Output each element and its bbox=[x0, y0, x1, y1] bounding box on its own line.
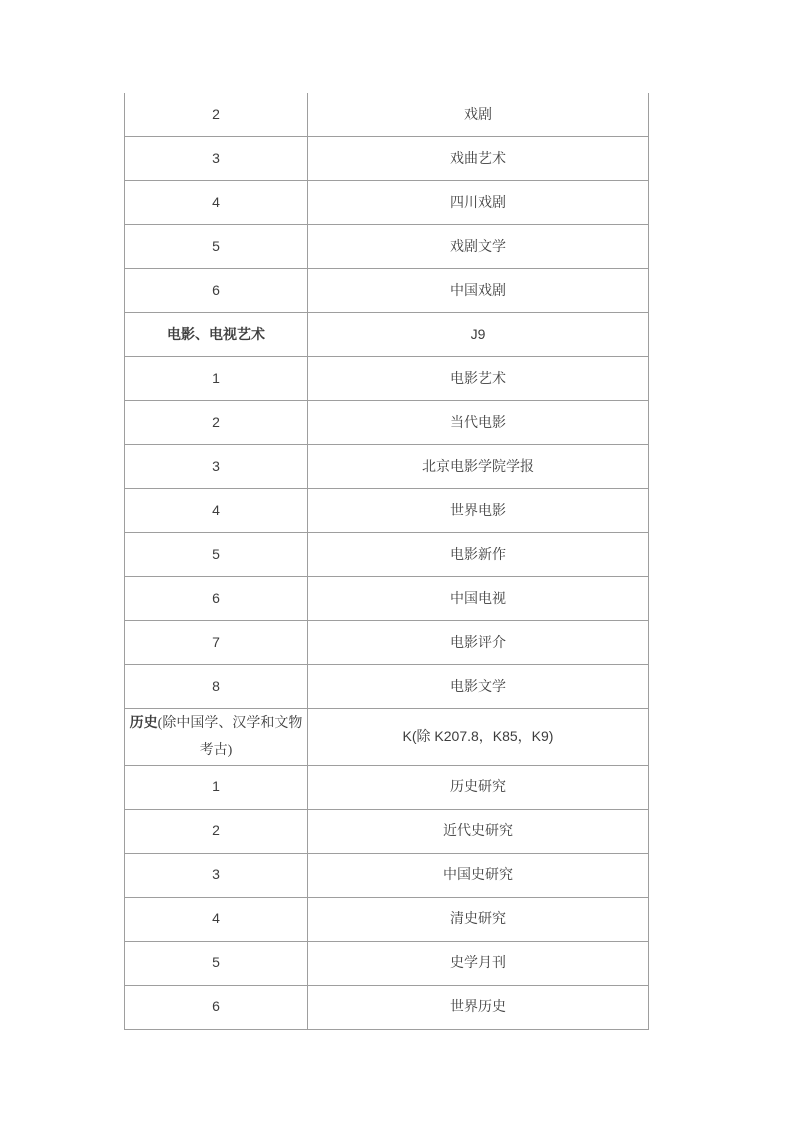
category-name-cell: 电影、电视艺术 bbox=[125, 313, 308, 357]
journal-category-table: 2戏剧3戏曲艺术4四川戏剧5戏剧文学6中国戏剧电影、电视艺术J91电影艺术2当代… bbox=[124, 93, 649, 1030]
entry-number-cell: 6 bbox=[125, 269, 308, 313]
journal-name-cell: 清史研究 bbox=[308, 897, 649, 941]
entry-number-cell: 2 bbox=[125, 809, 308, 853]
entry-number-cell: 3 bbox=[125, 137, 308, 181]
entry-number-cell: 1 bbox=[125, 765, 308, 809]
entry-number-cell: 4 bbox=[125, 897, 308, 941]
journal-name-cell: 电影文学 bbox=[308, 665, 649, 709]
entry-number-cell: 5 bbox=[125, 533, 308, 577]
journal-name-cell: 近代史研究 bbox=[308, 809, 649, 853]
entry-number-cell: 4 bbox=[125, 181, 308, 225]
table-row: 5史学月刊 bbox=[125, 941, 649, 985]
table-row: 6中国电视 bbox=[125, 577, 649, 621]
entry-number-cell: 6 bbox=[125, 577, 308, 621]
journal-name-cell: 电影艺术 bbox=[308, 357, 649, 401]
journal-name-cell: 四川戏剧 bbox=[308, 181, 649, 225]
table-row: 1电影艺术 bbox=[125, 357, 649, 401]
journal-name-cell: 北京电影学院学报 bbox=[308, 445, 649, 489]
entry-number-cell: 8 bbox=[125, 665, 308, 709]
table-row: 4清史研究 bbox=[125, 897, 649, 941]
category-row: 电影、电视艺术J9 bbox=[125, 313, 649, 357]
table-row: 4四川戏剧 bbox=[125, 181, 649, 225]
table-row: 2近代史研究 bbox=[125, 809, 649, 853]
journal-name-cell: 中国史研究 bbox=[308, 853, 649, 897]
document-page: 2戏剧3戏曲艺术4四川戏剧5戏剧文学6中国戏剧电影、电视艺术J91电影艺术2当代… bbox=[0, 0, 793, 1122]
table-row: 5电影新作 bbox=[125, 533, 649, 577]
category-name: 历史 bbox=[130, 714, 158, 730]
journal-name-cell: 世界历史 bbox=[308, 985, 649, 1029]
category-code-cell: K(除 K207.8，K85，K9) bbox=[308, 709, 649, 766]
journal-name-cell: 当代电影 bbox=[308, 401, 649, 445]
category-code-cell: J9 bbox=[308, 313, 649, 357]
entry-number-cell: 4 bbox=[125, 489, 308, 533]
entry-number-cell: 7 bbox=[125, 621, 308, 665]
category-name: 电影、电视艺术 bbox=[167, 326, 265, 342]
table-row: 3戏曲艺术 bbox=[125, 137, 649, 181]
table-row: 8电影文学 bbox=[125, 665, 649, 709]
entry-number-cell: 6 bbox=[125, 985, 308, 1029]
category-row: 历史(除中国学、汉学和文物考古)K(除 K207.8，K85，K9) bbox=[125, 709, 649, 766]
table-body: 2戏剧3戏曲艺术4四川戏剧5戏剧文学6中国戏剧电影、电视艺术J91电影艺术2当代… bbox=[125, 93, 649, 1029]
entry-number-cell: 3 bbox=[125, 853, 308, 897]
entry-number-cell: 2 bbox=[125, 401, 308, 445]
entry-number-cell: 5 bbox=[125, 941, 308, 985]
journal-name-cell: 戏曲艺术 bbox=[308, 137, 649, 181]
table-row: 3北京电影学院学报 bbox=[125, 445, 649, 489]
entry-number-cell: 5 bbox=[125, 225, 308, 269]
table-row: 1历史研究 bbox=[125, 765, 649, 809]
category-name-cell: 历史(除中国学、汉学和文物考古) bbox=[125, 709, 308, 766]
table-row: 6世界历史 bbox=[125, 985, 649, 1029]
table-row: 2当代电影 bbox=[125, 401, 649, 445]
entry-number-cell: 2 bbox=[125, 93, 308, 137]
journal-name-cell: 史学月刊 bbox=[308, 941, 649, 985]
journal-name-cell: 中国电视 bbox=[308, 577, 649, 621]
journal-name-cell: 历史研究 bbox=[308, 765, 649, 809]
table-row: 5戏剧文学 bbox=[125, 225, 649, 269]
table-row: 7电影评介 bbox=[125, 621, 649, 665]
journal-name-cell: 戏剧 bbox=[308, 93, 649, 137]
journal-name-cell: 电影评介 bbox=[308, 621, 649, 665]
entry-number-cell: 3 bbox=[125, 445, 308, 489]
table-row: 6中国戏剧 bbox=[125, 269, 649, 313]
table-row: 3中国史研究 bbox=[125, 853, 649, 897]
journal-name-cell: 戏剧文学 bbox=[308, 225, 649, 269]
journal-name-cell: 世界电影 bbox=[308, 489, 649, 533]
journal-name-cell: 电影新作 bbox=[308, 533, 649, 577]
entry-number-cell: 1 bbox=[125, 357, 308, 401]
table-row: 4世界电影 bbox=[125, 489, 649, 533]
table-row: 2戏剧 bbox=[125, 93, 649, 137]
category-note: (除中国学、汉学和文物考古) bbox=[158, 716, 303, 758]
journal-name-cell: 中国戏剧 bbox=[308, 269, 649, 313]
